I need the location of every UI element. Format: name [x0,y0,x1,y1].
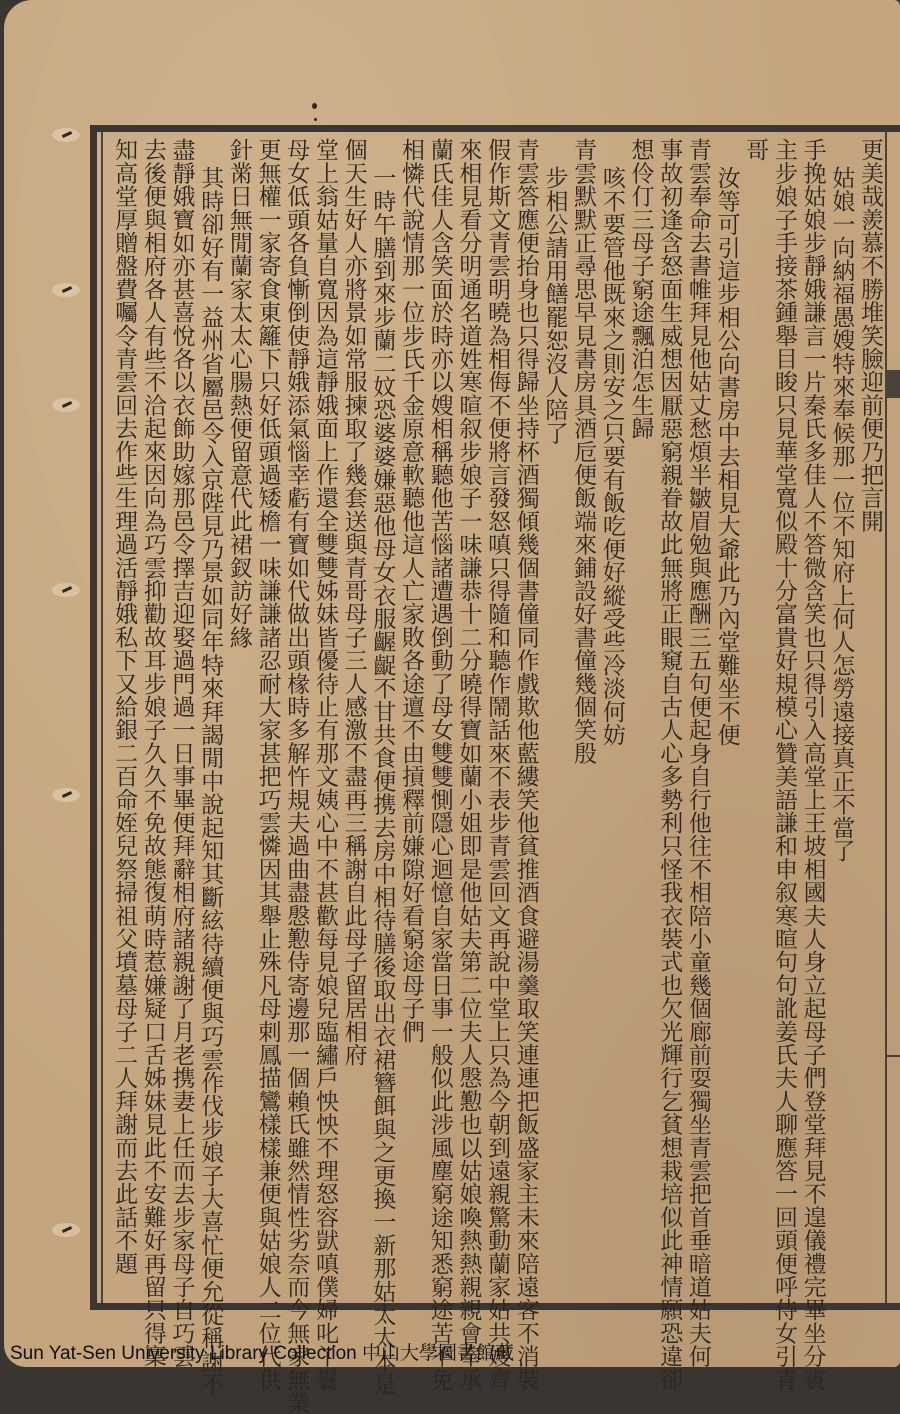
text-column: 更美哉羨慕不勝堆笑臉迎前便乃把言開 [855,132,884,1302]
library-watermark: Sun Yat-Sen University Library Collectio… [10,1338,514,1365]
text-column: 蘭氏佳人含笑面於時亦以嫂相稱聽他苦惱諸遭遇倒動了母女雙雙惻隱心迴憶自家當日事一般… [425,132,454,1302]
text-column: 盡靜娥寶如亦甚喜悅各以衣飾助嫁那邑令擇吉迎娶過門過一日事畢便拜辭相府諸親謝了月老… [167,132,196,1302]
text-column: 手挽姑娘步靜娥謙言一片秦氏多佳人不答微含笑也只得引入高堂上王坡相國夫人身立起母子… [798,132,827,1302]
text-column: 想伶仃三母子窮途飄泊怎生歸 [626,132,655,1302]
text-column: 哥 [741,132,770,1302]
text-column: 相憐代說情那一位步氏千金原意軟聽他這人亡家敗各途邅不由摃釋前嫌隙好看窮途母子們 [396,132,425,1302]
text-column: 知高堂厚贈盤費囑令青雲回去作些生理過活靜娥私下又給銀二百命姪兒祭掃祖父墳墓母子二… [109,132,138,1302]
text-column: 母女低頭各負慚倒使靜娥添氣惱幸虧有寶如代做出頭椽時多解忤規夫過曲盡慇懃侍寄邊那一… [282,132,311,1302]
text-column: 針黹日無閒蘭家太太心腸熱便留意代此裙釵訪好緣 [224,132,253,1302]
ink-speck [314,118,317,121]
ink-speck [312,103,317,109]
binding-hole [52,583,80,597]
text-column: 其時卻好有一益州省屬邑令入京陛見乃景如同年特來拜謁閒中說起知其斷絃待續便與巧雲作… [196,132,225,1302]
text-column: 青雲默默正尋思早見書房具酒卮便飯端來鋪設好書僮幾個笑殷 [568,132,597,1302]
frame-inner-rule [101,132,103,1303]
fish-tail-mark [886,370,900,398]
text-column: 事故初逢含怒面生威想因厭惡窮親眷故此無將正眼窺自古人心多勢利只怪我衣裝式也欠光輝… [655,132,684,1302]
binding-hole [52,283,80,297]
text-column: 去後便與相府各人有些不洽起來因向為巧雲抑勸故耳步娘子久久不免故態復萌時惹嫌疑口舌… [138,132,167,1302]
text-column: 主步娘子手接茶鍾舉目睃只見華堂寬似殿十分富貴好規模心贊美語謙和申叙寒暄句句訛姜氏… [769,132,798,1302]
text-column: 假作斯文青雲明曉為相侮不便將言發怒嗔只得隨和聽作鬧話來不表步青雲回文再說中堂上只… [482,132,511,1302]
text-column: 青雲奉命去書帷拜見他姑丈愁煩半皺眉勉與應酬三五句便起身自行他往不相陪小童幾個廊前… [683,132,712,1302]
binding-hole [52,398,80,412]
text-column: 咳不要管他既來之則安之只要有飯吃便好縱受些冷淡何妨 [597,132,626,1302]
text-column: 更無權一家寄食東籬下只好低頭過矮檐一味謙謙諸忍耐大家甚把巧雲憐因其舉止殊凡母剌鳳… [253,132,282,1302]
text-column: 個天生好人亦將景如常服揀取了幾套送與青哥母子三人感激不盡再三稱謝自此母子留居相府 [339,132,368,1302]
binding-hole [52,128,80,142]
text-column: 青雲答應便抬身也只得歸坐持杯酒獨傾幾個書僮同作戲欺他藍縷笑他貧推酒食避湯羹取笑連… [511,132,540,1302]
binding-hole [52,788,80,802]
text-column: 步相公請用饍罷恕沒人陪了 [540,132,569,1302]
fold-margin-box [886,160,900,1057]
vertical-text-body: 更美哉羨慕不勝堆笑臉迎前便乃把言開 姑娘一向納福愚嫂特來奉候那一位不知府上何人怎… [108,132,884,1302]
binding-hole [52,1223,80,1237]
text-column: 來相見看分明通名道姓寒暄叙步娘子一味謙恭十二分曉得寶如蘭小姐即是他姑夫第二位夫人… [454,132,483,1302]
text-column: 姑娘一向納福愚嫂特來奉候那一位不知府上何人怎勞遠接真正不當了 [827,132,856,1302]
text-column: 堂上翁姑量自寬因為這靜娥面上作還全雙雙姊妹皆優待止有那文姨心中不甚歡每見娘兒臨繡… [310,132,339,1302]
text-column: 汝等可引這步相公向書房中去相見大爺此乃內堂難坐不便 [712,132,741,1302]
text-column: 一時午膳到來步蘭二妏恐婆婆嫌惡他母女衣服齷齪不甘共食便携去房中相待膳後取出衣裙簪… [368,132,397,1302]
